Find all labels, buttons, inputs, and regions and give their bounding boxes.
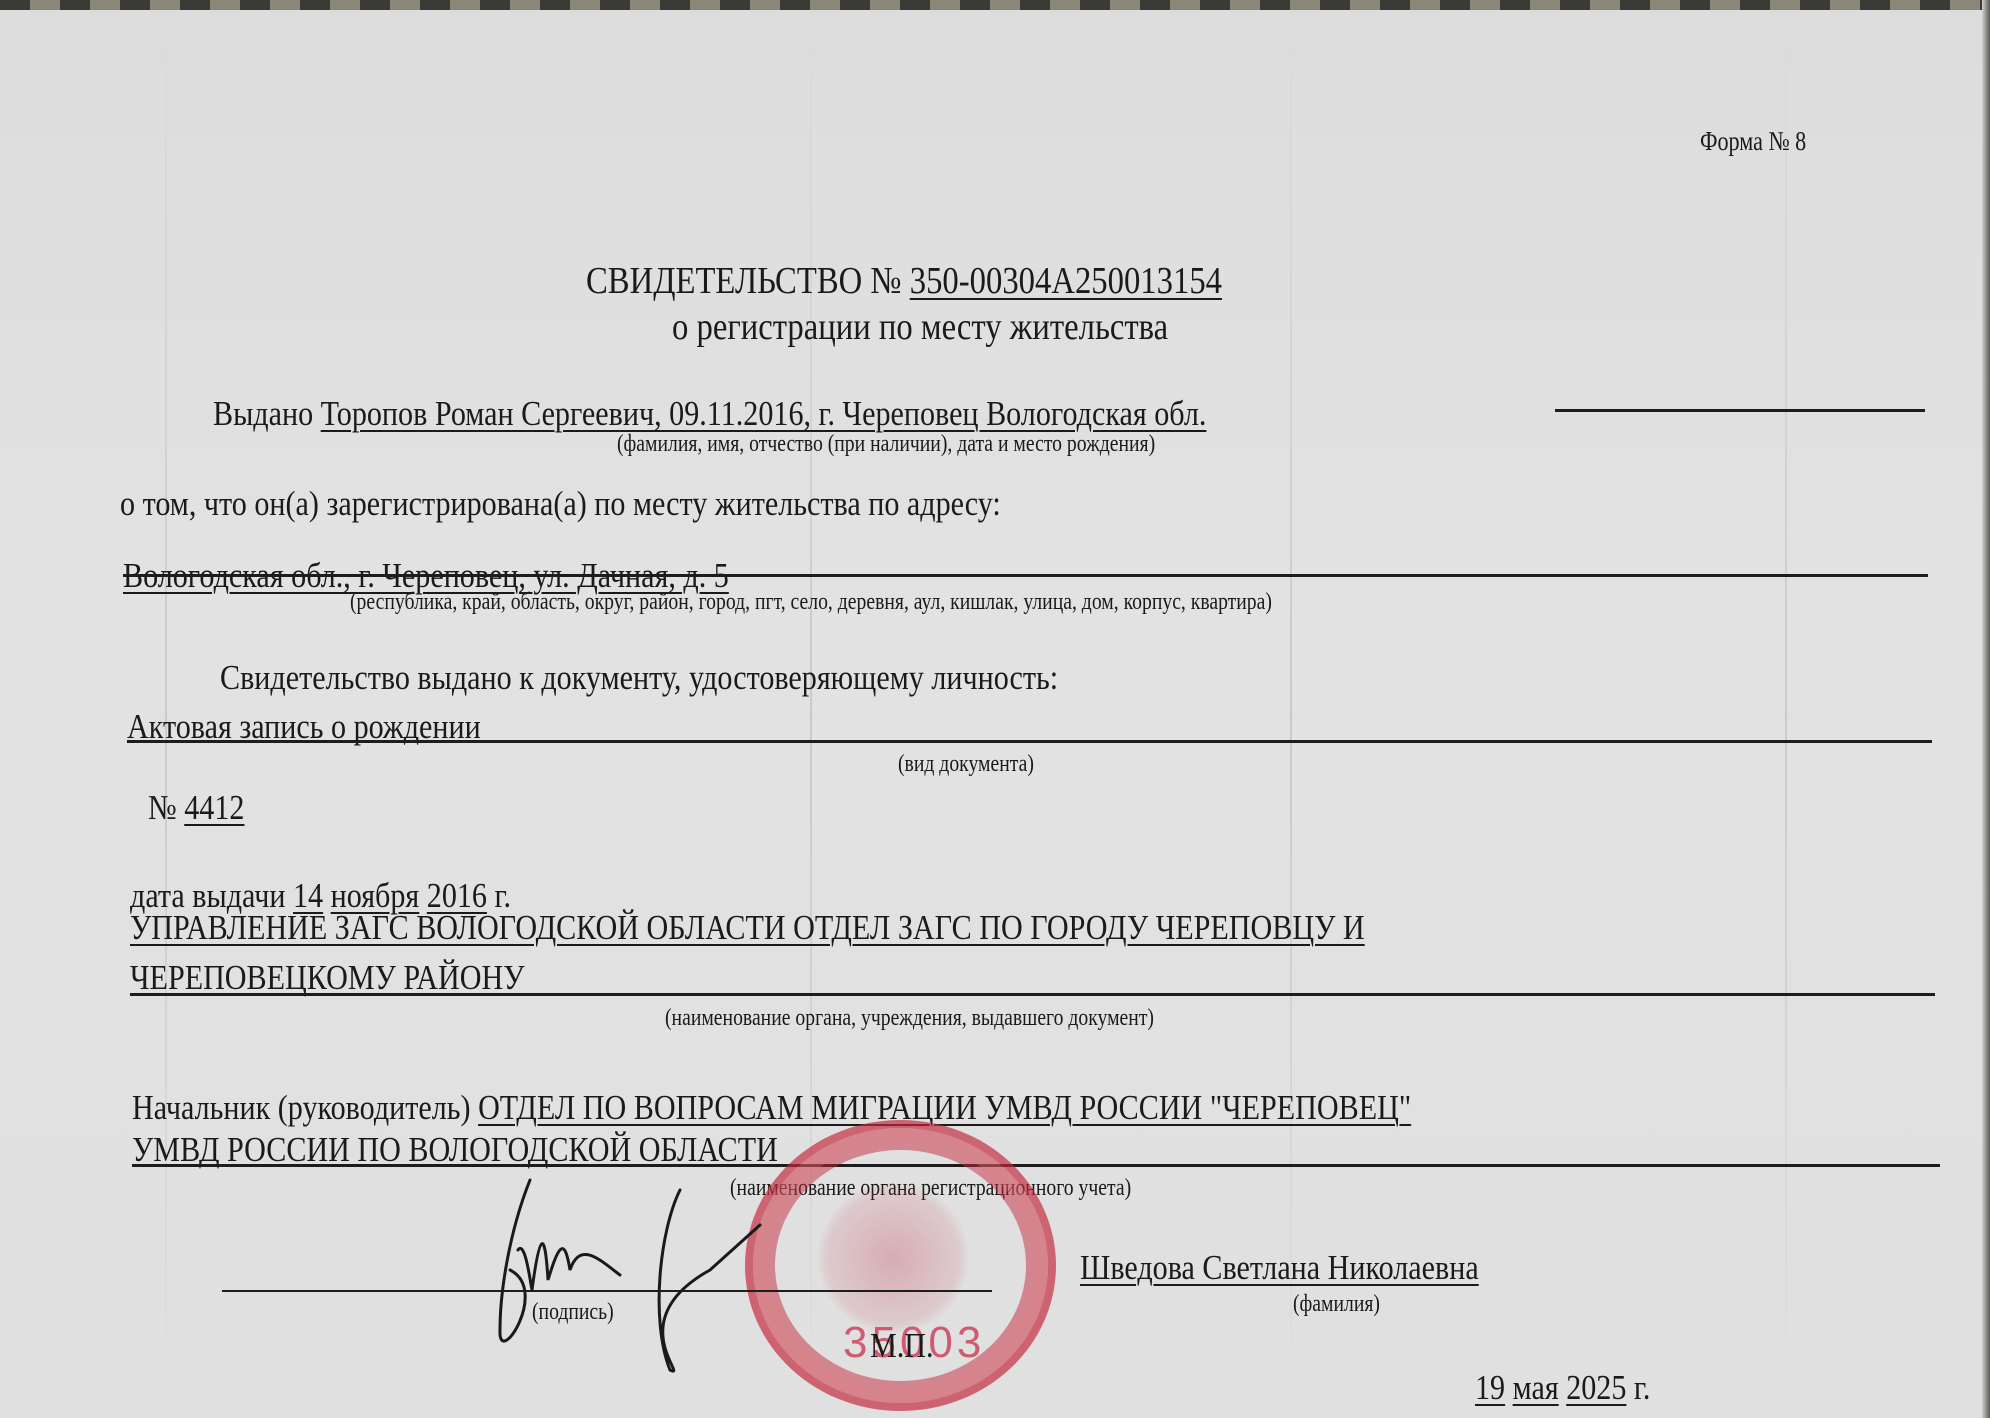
signature-line (222, 1290, 582, 1292)
paper-crease (1785, 10, 1787, 1418)
fill-line (127, 740, 1932, 743)
issued-to-row: Выдано Торопов Роман Сергеевич, 09.11.20… (213, 396, 1206, 431)
date-suffix: г. (1634, 1368, 1650, 1407)
issuer-line-1: УПРАВЛЕНИЕ ЗАГС ВОЛОГОДСКОЙ ОБЛАСТИ ОТДЕ… (130, 910, 1365, 945)
issued-to-caption: (фамилия, имя, отчество (при наличии), д… (617, 432, 1155, 456)
fill-line (132, 1164, 1940, 1167)
document-type-caption: (вид документа) (898, 752, 1034, 776)
issuer-caption: (наименование органа, учреждения, выдавш… (665, 1006, 1154, 1030)
date-month: мая (1513, 1368, 1559, 1407)
authority-line-1: ОТДЕЛ ПО ВОПРОСАМ МИГРАЦИИ УМВД РОССИИ "… (478, 1088, 1411, 1127)
double-headed-eagle-emblem (813, 1183, 973, 1333)
document-number-row: № 4412 (148, 790, 244, 825)
document-type: Актовая запись о рождении (127, 709, 481, 744)
date-day: 19 (1475, 1368, 1505, 1407)
signature-caption: (подпись) (532, 1300, 614, 1324)
fill-line (123, 574, 1928, 577)
title-prefix: СВИДЕТЕЛЬСТВО № (586, 260, 902, 302)
official-name: Шведова Светлана Николаевна (1080, 1250, 1479, 1285)
issuer-line-2: ЧЕРЕПОВЕЦКОМУ РАЙОНУ (130, 960, 525, 995)
signature-line (582, 1290, 992, 1292)
certificate-subtitle: о регистрации по месту жительства (672, 308, 1168, 346)
issued-to-label: Выдано (213, 394, 313, 433)
fill-line (1555, 409, 1925, 412)
issued-to-value: Торопов Роман Сергеевич, 09.11.2016, г. … (321, 394, 1207, 433)
certificate-number: 350-00304А250013154 (910, 260, 1222, 302)
authority-row: Начальник (руководитель) ОТДЕЛ ПО ВОПРОС… (132, 1090, 1411, 1125)
paper-right-edge (1982, 0, 1990, 1418)
paper-crease (1290, 10, 1292, 1418)
photo-background-edge (0, 0, 1990, 10)
fill-line (130, 993, 1935, 996)
document-number: 4412 (184, 788, 244, 827)
form-label: Форма № 8 (1700, 128, 1806, 155)
official-stamp: 35003 (745, 1120, 1056, 1411)
issue-date: 19 мая 2025 г. (1475, 1370, 1650, 1405)
authority-line-2: УМВД РОССИИ ПО ВОЛОГОДСКОЙ ОБЛАСТИ (132, 1132, 778, 1167)
authority-label: Начальник (руководитель) (132, 1088, 471, 1127)
official-name-caption: (фамилия) (1293, 1292, 1380, 1316)
address-caption: (республика, край, область, округ, район… (350, 590, 1272, 614)
handwritten-signature-icon (470, 1170, 770, 1390)
number-prefix: № (148, 788, 177, 827)
registration-statement: о том, что он(а) зарегистрирована(а) по … (120, 486, 1001, 521)
certificate-title: СВИДЕТЕЛЬСТВО № 350-00304А250013154 (586, 262, 1222, 300)
identity-statement: Свидетельство выдано к документу, удосто… (220, 660, 1058, 695)
seal-label: М.П. (870, 1328, 934, 1363)
date-year: 2025 (1566, 1368, 1626, 1407)
